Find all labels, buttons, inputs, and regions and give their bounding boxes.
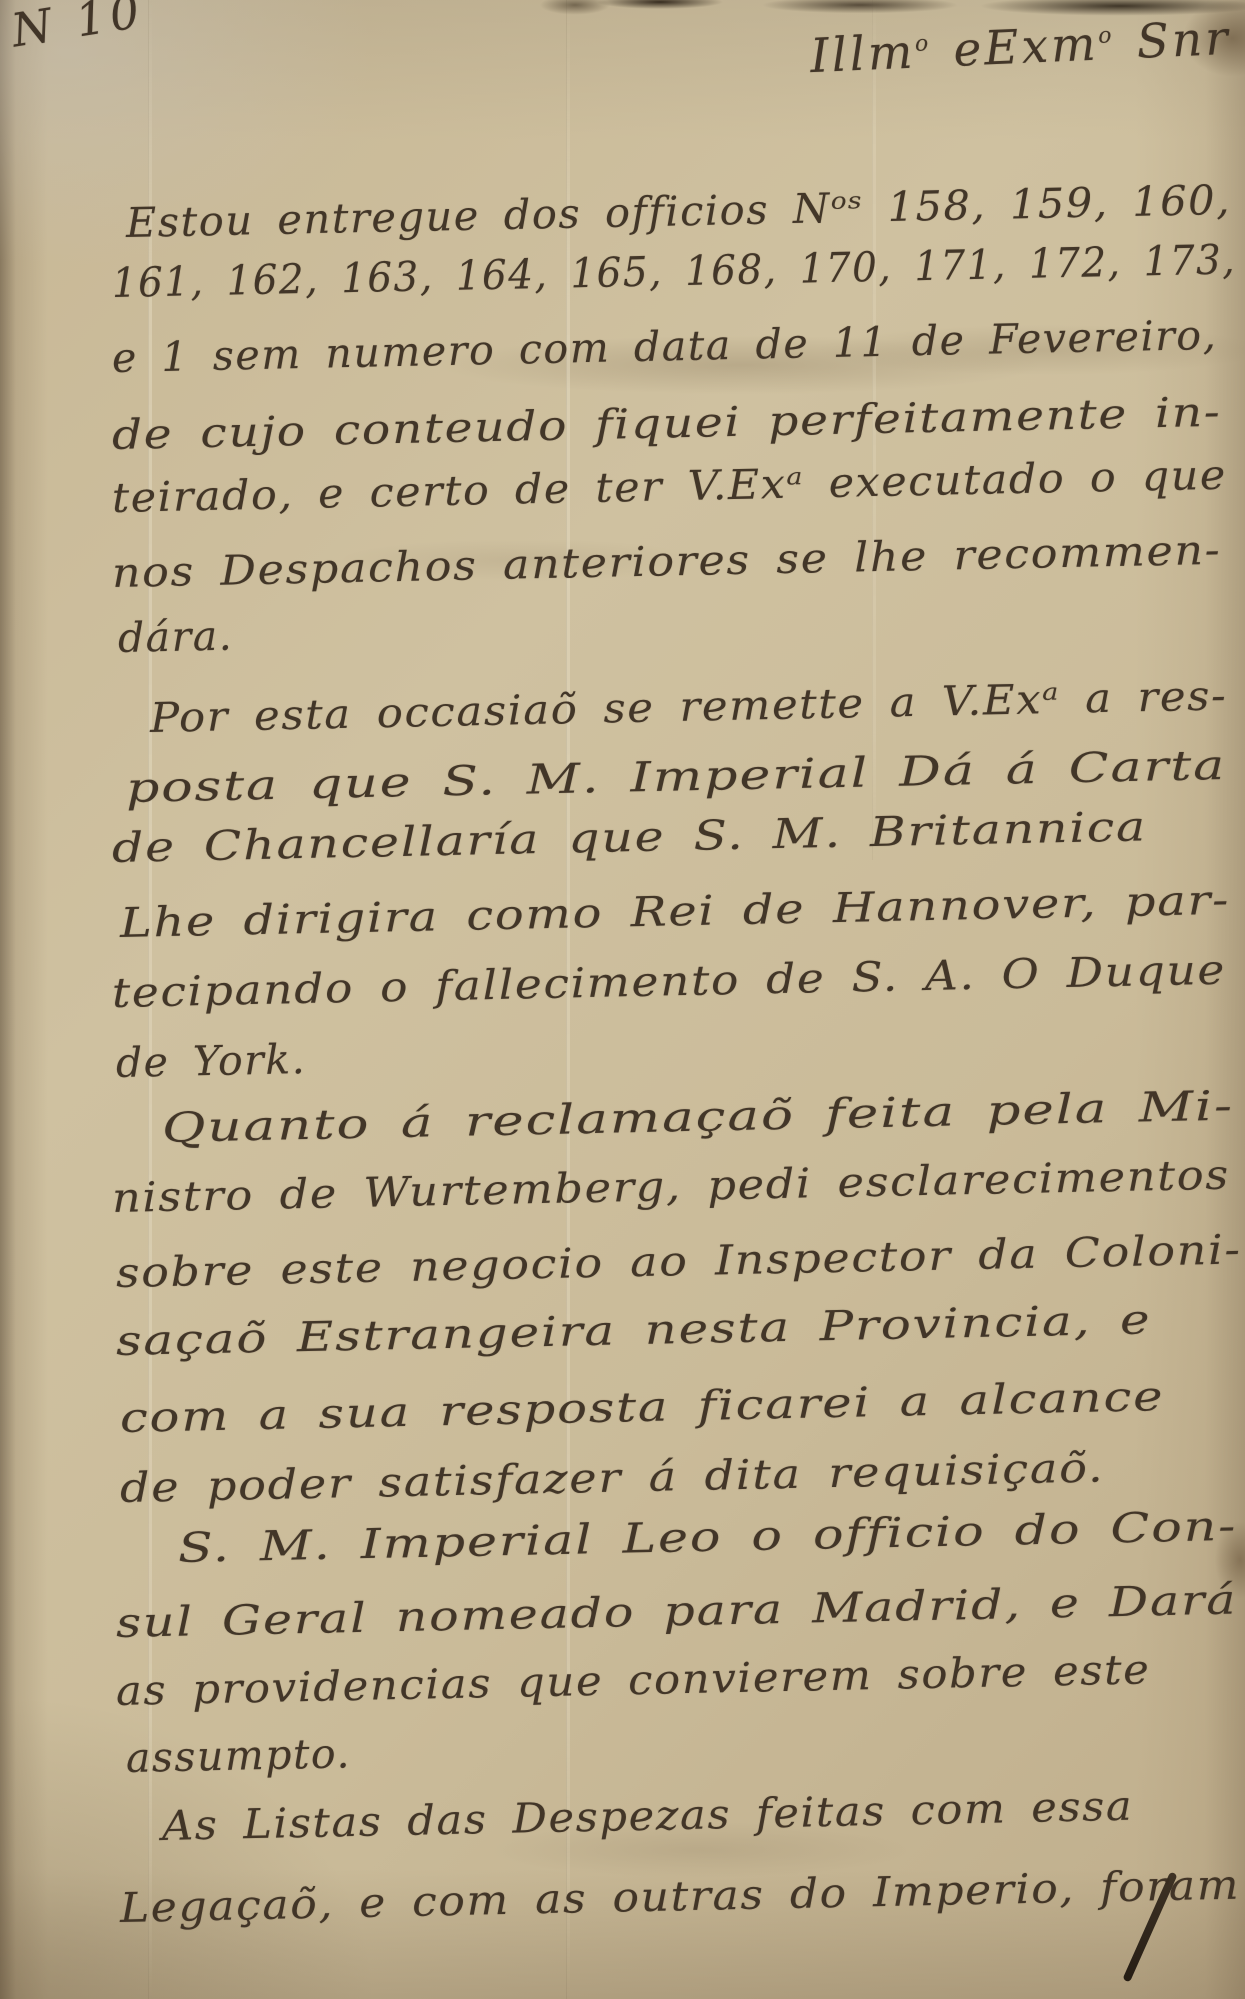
salutation-text: Illm <box>809 25 917 85</box>
manuscript-line: saçaõ Estrangeira nesta Provincia, e <box>115 1295 1151 1365</box>
manuscript-line: de York. <box>115 1035 306 1087</box>
manuscript-line: dára. <box>117 612 233 662</box>
manuscript-line: teirado, e certo de ter V.Exᵃ executado … <box>111 451 1227 522</box>
manuscript-line: Por esta occasiaõ se remette a V.Exᵃ a r… <box>149 671 1227 742</box>
manuscript-line: sobre este negocio ao Inspector da Colon… <box>115 1225 1242 1297</box>
manuscript-line: de Chancellaría que S. M. Britannica <box>111 802 1147 872</box>
manuscript-line: tecipando o fallecimento de S. A. O Duqu… <box>111 946 1226 1017</box>
manuscript-line: as providencias que convierem sobre este <box>115 1645 1150 1715</box>
manuscript-line: sul Geral nomeado para Madrid, e Dará <box>115 1576 1237 1647</box>
manuscript-line: S. M. Imperial Leo o officio do Con- <box>177 1502 1237 1572</box>
manuscript-line: Legaçaõ, e com as outras do Imperio, for… <box>119 1861 1240 1932</box>
manuscript-line: de cujo conteudo fiquei perfeitamente in… <box>111 388 1221 459</box>
manuscript-line: com a sua resposta ficarei a alcance <box>119 1372 1164 1442</box>
manuscript-line: Lhe dirigira como Rei de Hannover, par- <box>119 876 1230 947</box>
manuscript-line: nos Despachos anteriores se lhe recommen… <box>111 526 1221 597</box>
manuscript-line: e 1 sem numero com data de 11 de Feverei… <box>111 311 1217 382</box>
salutation-text: Snr <box>1112 11 1232 71</box>
salutation: Illmo eExmo Snr <box>809 11 1232 84</box>
salutation-superscript: o <box>1098 23 1113 49</box>
manuscript-line: assumpto. <box>125 1729 351 1782</box>
manuscript-line: posta que S. M. Imperial Dá á Carta <box>125 741 1226 812</box>
salutation-text: eExm <box>929 17 1100 79</box>
manuscript-page: N 10 Illmo eExmo Snr Estou entregue dos … <box>0 0 1245 1999</box>
manuscript-line: Estou entregue dos officios Nᵒˢ 158, 159… <box>125 176 1231 247</box>
manuscript-line: nistro de Wurtemberg, pedi esclareciment… <box>111 1151 1230 1222</box>
manuscript-line: 161, 162, 163, 164, 165, 168, 170, 171, … <box>111 235 1236 307</box>
page-number: N 10 <box>8 0 148 58</box>
manuscript-line: de poder satisfazer á dita requisiçaõ. <box>119 1443 1104 1512</box>
manuscript-line: Quanto á reclamaçaõ feita pela Mi- <box>161 1082 1234 1152</box>
manuscript-line: As Listas das Despezas feitas com essa <box>161 1782 1133 1850</box>
